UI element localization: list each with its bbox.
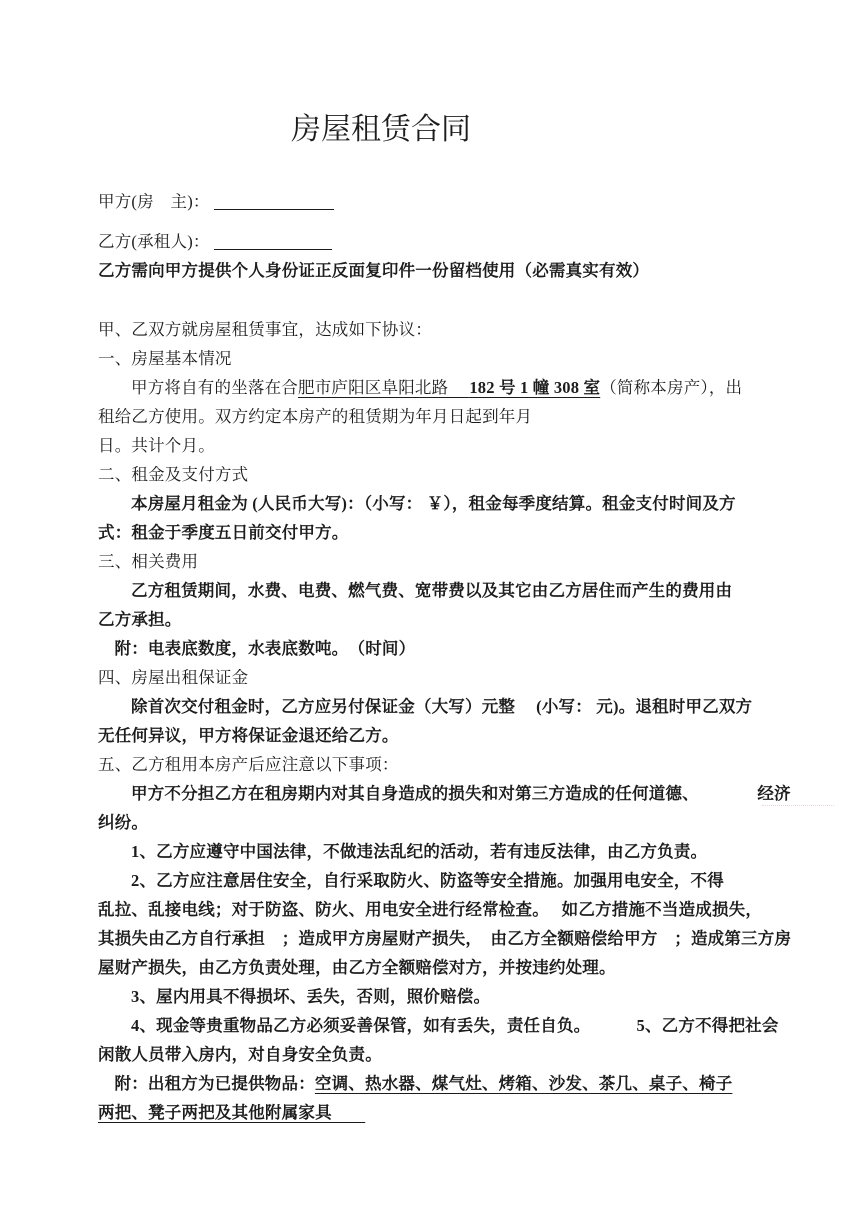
text-run: 二、租金及支付方式 xyxy=(98,465,248,484)
text-run: 乱拉、乱接电线；对于防盗、防火、用电安全进行经常检查。 如乙方措施不当造成损失， xyxy=(98,900,762,919)
section-4-heading: 四、房屋出租保证金 xyxy=(98,663,860,692)
item-4-and-5: 4、现金等贵重物品乙方必须妥善保管，如有丢失，责任自负。 5、乙方不得把社会 xyxy=(98,1011,860,1040)
rent-payment-line: 式：租金于季度五日前交付甲方。 xyxy=(98,518,860,547)
deposit-line-2: 无任何异议，甲方将保证金退还给乙方。 xyxy=(98,721,860,750)
agreement-intro: 甲、乙双方就房屋租赁事宜，达成如下协议： xyxy=(98,315,860,344)
text-run: 纠纷。 xyxy=(98,813,148,832)
id-copy-note: 乙方需向甲方提供个人身份证正反面复印件一份留档使用（必需真实有效） xyxy=(98,256,860,285)
section-2-heading: 二、租金及支付方式 xyxy=(98,460,860,489)
party-a-line: 甲方(房 主)： xyxy=(98,187,860,216)
provided-items-line: 附：出租方为已提供物品：空调、热水器、煤气灶、烤箱、沙发、茶几、桌子、椅子 xyxy=(98,1069,860,1098)
property-address-line: 甲方将自有的坐落在合肥市庐阳区阜阳北路 182 号 1 幢 308 室（简称本房… xyxy=(98,373,860,402)
text-run: 3、屋内用具不得损坏、丢失，否则，照价赔偿。 xyxy=(131,987,490,1006)
text-run: 五、乙方租用本房产后应注意以下事项： xyxy=(98,755,399,774)
contract-page: 房屋租赁合同 甲方(房 主)： 乙方(承租人)： 乙方需向甲方提供个人身份证正反… xyxy=(0,0,860,1218)
underlined-text-run: 肥市庐阳区阜阳北路 xyxy=(298,378,469,397)
text-run: 甲方(房 主)： xyxy=(98,192,214,211)
item-2-line-4: 屋财产损失，由乙方负责处理，由乙方全额赔偿对方，并按违约处理。 xyxy=(98,953,860,982)
text-run: 其损失由乙方自行承担 ；造成甲方房屋财产损失， 由乙方全额赔偿给甲方 ；造成第三… xyxy=(98,929,791,948)
provided-items-line-2: 两把、凳子两把及其他附属家具 xyxy=(98,1098,860,1127)
text-run: 附：出租方为已提供物品： xyxy=(115,1074,315,1093)
item-2: 2、乙方应注意居住安全，自行采取防火、防盗等安全措施。加强用电安全，不得 xyxy=(98,866,860,895)
section-1-heading: 一、房屋基本情况 xyxy=(98,344,860,373)
underlined-text-run: 182 号 1 幢 308 室 xyxy=(469,378,600,397)
party-b-line: 乙方(承租人)： xyxy=(98,227,860,256)
blank-fill-line xyxy=(214,193,334,211)
underlined-text-run: 两把、凳子两把及其他附属家具 xyxy=(98,1103,365,1122)
text-run: 2、乙方应注意居住安全，自行采取防火、防盗等安全措施。加强用电安全，不得 xyxy=(131,871,724,890)
text-run: 无任何异议，甲方将保证金退还给乙方。 xyxy=(98,726,399,745)
item-2-line-3: 其损失由乙方自行承担 ；造成甲方房屋财产损失， 由乙方全额赔偿给甲方 ；造成第三… xyxy=(98,924,860,953)
text-run: 闲散人员带入房内，对自身安全负责。 xyxy=(98,1045,382,1064)
section-3-heading: 三、相关费用 xyxy=(98,547,860,576)
text-run: 1、乙方应遵守中国法律，不做违法乱纪的活动，若有违反法律，由乙方负责。 xyxy=(131,842,707,861)
text-run: 租给乙方使用。双方约定本房产的租赁期为年月日起到年月 xyxy=(98,407,532,426)
text-run: 本房屋月租金为 (人民币大写)：（小写： ￥），租金每季度结算。租金支付时间及方 xyxy=(131,494,736,513)
item-1: 1、乙方应遵守中国法律，不做违法乱纪的活动，若有违反法律，由乙方负责。 xyxy=(98,837,860,866)
scan-artifact-dots xyxy=(762,805,834,806)
text-run: 式：租金于季度五日前交付甲方。 xyxy=(98,523,349,542)
text-run: 三、相关费用 xyxy=(98,552,198,571)
fees-line-2: 乙方承担。 xyxy=(98,605,860,634)
text-run: 甲方不分担乙方在租房期内对其自身造成的损失和对第三方造成的任何道德、 经济 xyxy=(131,784,791,803)
text-run: 日。共计个月。 xyxy=(98,436,215,455)
text-run: 附：电表底数度，水表底数吨。 （时间） xyxy=(115,639,416,658)
document-body: 甲方(房 主)： 乙方(承租人)： 乙方需向甲方提供个人身份证正反面复印件一份留… xyxy=(0,187,860,1127)
text-run: 乙方(承租人)： xyxy=(98,232,214,251)
text-run: 甲、乙双方就房屋租赁事宜，达成如下协议： xyxy=(98,320,432,339)
text-run: 除首次交付租金时，乙方应另付保证金（大写）元整 (小写： 元)。退租时甲乙双方 xyxy=(131,697,752,716)
item-5-line-2: 闲散人员带入房内，对自身安全负责。 xyxy=(98,1040,860,1069)
text-run: （简称本房产），出 xyxy=(600,378,742,397)
item-3: 3、屋内用具不得损坏、丢失，否则，照价赔偿。 xyxy=(98,982,860,1011)
lease-term-line-2: 日。共计个月。 xyxy=(98,431,860,460)
liability-line: 甲方不分担乙方在租房期内对其自身造成的损失和对第三方造成的任何道德、 经济 xyxy=(98,779,860,808)
text-run: 乙方需向甲方提供个人身份证正反面复印件一份留档使用（必需真实有效） xyxy=(98,261,649,280)
text-run: 一、房屋基本情况 xyxy=(98,349,232,368)
text-run: 四、房屋出租保证金 xyxy=(98,668,248,687)
text-run: 4、现金等贵重物品乙方必须妥善保管，如有丢失，责任自负。 5、乙方不得把社会 xyxy=(131,1016,779,1035)
deposit-line: 除首次交付租金时，乙方应另付保证金（大写）元整 (小写： 元)。退租时甲乙双方 xyxy=(98,692,860,721)
item-2-line-2: 乱拉、乱接电线；对于防盗、防火、用电安全进行经常检查。 如乙方措施不当造成损失， xyxy=(98,895,860,924)
rent-amount-line: 本房屋月租金为 (人民币大写)：（小写： ￥），租金每季度结算。租金支付时间及方 xyxy=(98,489,860,518)
meter-note: 附：电表底数度，水表底数吨。 （时间） xyxy=(98,634,860,663)
text-run: 乙方租赁期间，水费、电费、燃气费、宽带费以及其它由乙方居住而产生的费用由 xyxy=(131,581,732,600)
page-title: 房屋租赁合同 xyxy=(0,110,762,150)
lease-term-line: 租给乙方使用。双方约定本房产的租赁期为年月日起到年月 xyxy=(98,402,860,431)
text-run: 乙方承担。 xyxy=(98,610,182,629)
underlined-text-run: 空调、热水器、煤气灶、烤箱、沙发、茶几、桌子、椅子 xyxy=(315,1074,733,1093)
liability-line-2: 纠纷。 xyxy=(98,808,860,837)
text-run: 屋财产损失，由乙方负责处理，由乙方全额赔偿对方，并按违约处理。 xyxy=(98,958,616,977)
section-5-heading: 五、乙方租用本房产后应注意以下事项： xyxy=(98,750,860,779)
fees-line: 乙方租赁期间，水费、电费、燃气费、宽带费以及其它由乙方居住而产生的费用由 xyxy=(98,576,860,605)
text-run: 甲方将自有的坐落在合 xyxy=(131,378,298,397)
blank-fill-line xyxy=(214,233,332,251)
